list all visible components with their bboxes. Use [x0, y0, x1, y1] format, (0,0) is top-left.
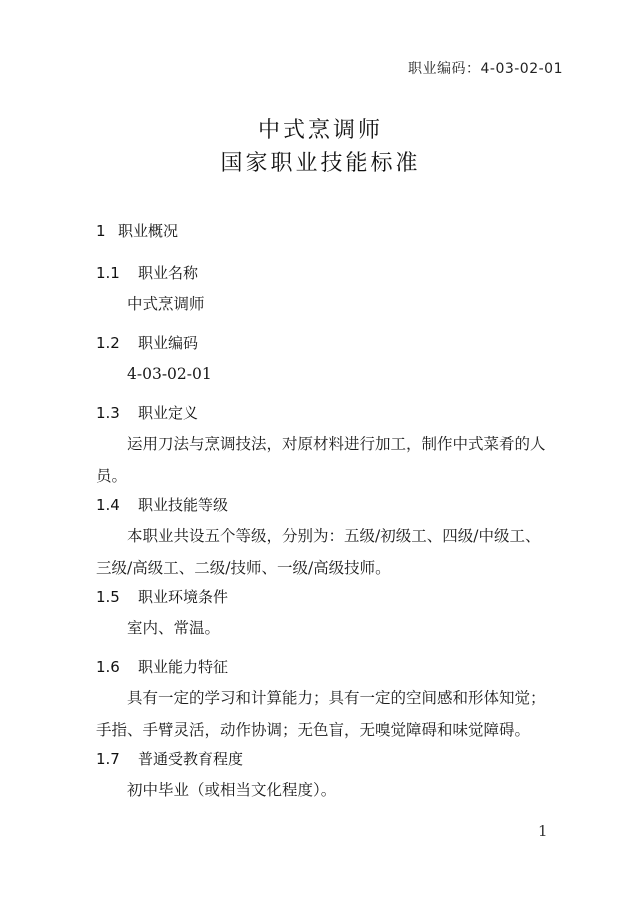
body-text: 室内、常温。 [127, 619, 220, 637]
body-text: 具有一定的学习和计算能力；具有一定的空间感和形体知觉；手指、手臂灵活，动作协调；… [96, 689, 546, 739]
subsection-number: 1.6 [96, 658, 138, 676]
subsection-number: 1.5 [96, 588, 138, 606]
document-subtitle: 国家职业技能标准 [0, 146, 641, 177]
subsection-number: 1.4 [96, 496, 138, 514]
subsection-number: 1.2 [96, 334, 138, 352]
page-number: 1 [538, 822, 548, 840]
subsection-title: 职业名称 [138, 264, 198, 282]
subsection-body-1-7: 初中毕业（或相当文化程度）。 [96, 774, 546, 806]
subsection-body-1-3: 运用刀法与烹调技法，对原材料进行加工，制作中式菜肴的人员。 [96, 428, 546, 492]
subsection-title: 职业环境条件 [138, 588, 228, 606]
body-text: 运用刀法与烹调技法，对原材料进行加工，制作中式菜肴的人员。 [96, 435, 546, 485]
body-text: 中式烹调师 [127, 295, 205, 313]
body-text: 本职业共设五个等级，分别为：五级/初级工、四级/中级工、三级/高级工、二级/技师… [96, 527, 540, 577]
subsection-heading-1-7: 1.7普通受教育程度 [96, 748, 243, 769]
subsection-title: 职业定义 [138, 404, 198, 422]
subsection-heading-1-1: 1.1职业名称 [96, 262, 198, 283]
subsection-body-1-5: 室内、常温。 [96, 612, 546, 644]
subsection-heading-1-2: 1.2职业编码 [96, 332, 198, 353]
subsection-heading-1-6: 1.6职业能力特征 [96, 656, 228, 677]
section-heading-1: 1职业概况 [96, 220, 178, 241]
occupation-code-header: 职业编码：4-03-02-01 [408, 58, 563, 78]
section-title: 职业概况 [118, 222, 178, 240]
subsection-number: 1.7 [96, 750, 138, 768]
subsection-body-1-6: 具有一定的学习和计算能力；具有一定的空间感和形体知觉；手指、手臂灵活，动作协调；… [96, 682, 546, 746]
subsection-heading-1-3: 1.3职业定义 [96, 402, 198, 423]
subsection-title: 职业技能等级 [138, 496, 228, 514]
document-title: 中式烹调师 [0, 113, 641, 144]
subsection-body-1-1: 中式烹调师 [96, 288, 546, 320]
subsection-body-1-2: 4-03-02-01 [96, 358, 546, 390]
subsection-heading-1-5: 1.5职业环境条件 [96, 586, 228, 607]
subsection-number: 1.1 [96, 264, 138, 282]
subsection-title: 职业编码 [138, 334, 198, 352]
section-number: 1 [96, 222, 118, 240]
body-text: 初中毕业（或相当文化程度）。 [127, 781, 336, 799]
subsection-title: 普通受教育程度 [138, 750, 243, 768]
subsection-body-1-4: 本职业共设五个等级，分别为：五级/初级工、四级/中级工、三级/高级工、二级/技师… [96, 520, 546, 584]
subsection-number: 1.3 [96, 404, 138, 422]
subsection-heading-1-4: 1.4职业技能等级 [96, 494, 228, 515]
subsection-title: 职业能力特征 [138, 658, 228, 676]
body-text: 4-03-02-01 [127, 365, 212, 383]
